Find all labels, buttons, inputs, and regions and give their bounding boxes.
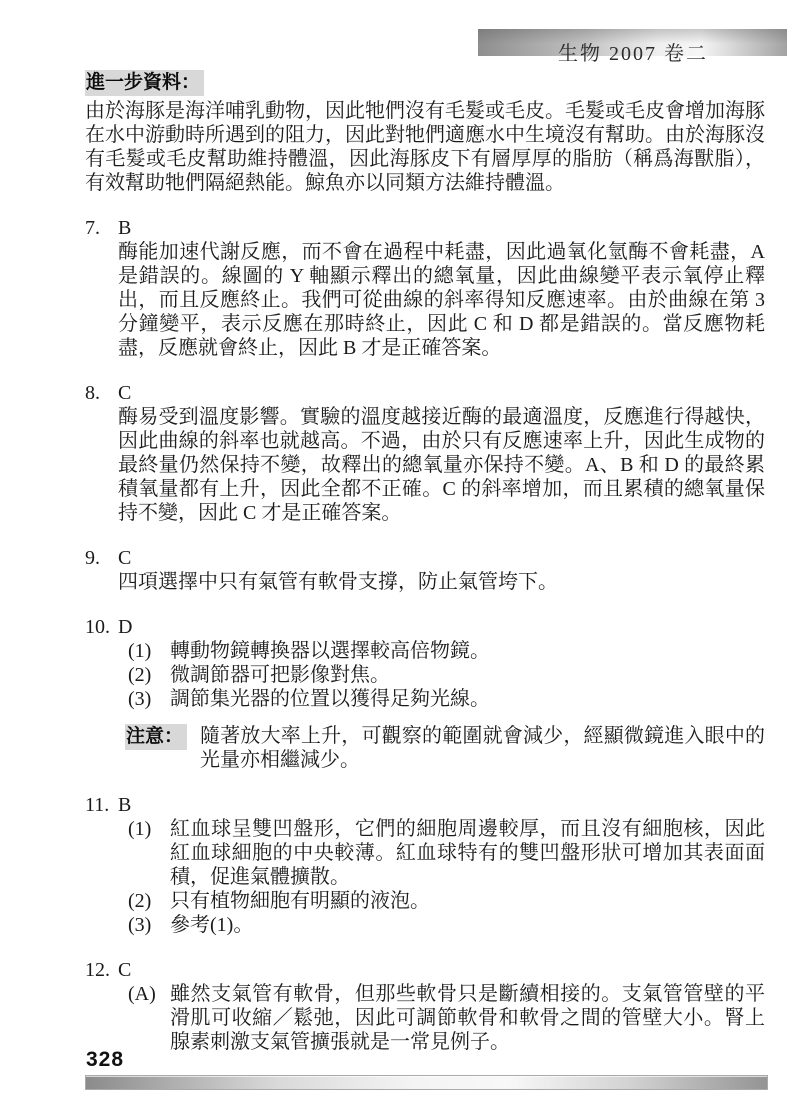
- subitem-label: (2): [128, 889, 170, 913]
- question-body: (1) 紅血球呈雙凹盤形，它們的細胞周邊較厚，而且沒有細胞核，因此紅血球細胞的中…: [118, 817, 765, 937]
- answer-letter: C: [118, 958, 765, 982]
- answer-letter: C: [118, 381, 765, 405]
- note-label: 注意：: [125, 724, 187, 750]
- question-head: 11. B: [85, 793, 765, 817]
- subitem-1: (1) 紅血球呈雙凹盤形，它們的細胞周邊較厚，而且沒有細胞核，因此紅血球細胞的中…: [128, 817, 765, 889]
- subitem-label: (3): [128, 687, 170, 711]
- answer-letter: B: [118, 216, 765, 240]
- answer-letter: C: [118, 546, 765, 570]
- question-number: 9.: [85, 546, 118, 570]
- explanation-text: 四項選擇中只有氣管有軟骨支撐，防止氣管垮下。: [118, 570, 765, 594]
- subitem-text: 轉動物鏡轉換器以選擇較高倍物鏡。: [170, 639, 765, 663]
- subitem-text: 參考(1)。: [170, 913, 765, 937]
- document-page: 生物 2007 卷二 進一步資料： 由於海豚是海洋哺乳動物，因此牠們沒有毛髮或毛…: [0, 0, 787, 1117]
- further-info-section: 進一步資料： 由於海豚是海洋哺乳動物，因此牠們沒有毛髮或毛皮。毛髮或毛皮會增加海…: [85, 70, 765, 195]
- note-box: 注意： 隨著放大率上升，可觀察的範圍就會減少，經顯微鏡進入眼中的光量亦相繼減少。: [125, 724, 765, 772]
- question-head: 7. B: [85, 216, 765, 240]
- subitem-2: (2) 微調節器可把影像對焦。: [128, 663, 765, 687]
- subitem-3: (3) 調節集光器的位置以獲得足夠光線。: [128, 687, 765, 711]
- question-number: 11.: [85, 793, 118, 817]
- subitem-text: 紅血球呈雙凹盤形，它們的細胞周邊較厚，而且沒有細胞核，因此紅血球細胞的中央較薄。…: [170, 817, 765, 889]
- subitem-text: 雖然支氣管有軟骨，但那些軟骨只是斷續相接的。支氣管管壁的平滑肌可收縮／鬆弛，因此…: [170, 982, 765, 1054]
- further-info-text: 由於海豚是海洋哺乳動物，因此牠們沒有毛髮或毛皮。毛髮或毛皮會增加海豚在水中游動時…: [85, 99, 765, 195]
- further-info-label: 進一步資料：: [85, 70, 204, 96]
- question-body: (1) 轉動物鏡轉換器以選擇較高倍物鏡。 (2) 微調節器可把影像對焦。 (3)…: [118, 639, 765, 772]
- question-head: 10. D: [85, 615, 765, 639]
- question-head: 8. C: [85, 381, 765, 405]
- page-number: 328: [86, 1048, 124, 1072]
- subitem-1: (1) 轉動物鏡轉換器以選擇較高倍物鏡。: [128, 639, 765, 663]
- explanation-text: 酶易受到溫度影響。實驗的溫度越接近酶的最適溫度，反應進行得越快，因此曲線的斜率也…: [118, 405, 765, 525]
- subitem-label: (1): [128, 817, 170, 889]
- subitem-label: (1): [128, 639, 170, 663]
- note-label-wrap: 注意：: [125, 724, 187, 750]
- question-body: (A) 雖然支氣管有軟骨，但那些軟骨只是斷續相接的。支氣管管壁的平滑肌可收縮／鬆…: [118, 982, 765, 1054]
- subitem-3: (3) 參考(1)。: [128, 913, 765, 937]
- subitem-label: (2): [128, 663, 170, 687]
- subitem-text: 微調節器可把影像對焦。: [170, 663, 765, 687]
- footer-gradient-bar: [85, 1075, 768, 1090]
- question-number: 7.: [85, 216, 118, 240]
- question-block-10: 10. D (1) 轉動物鏡轉換器以選擇較高倍物鏡。 (2) 微調節器可把影像對…: [85, 615, 765, 772]
- subitem-label: (3): [128, 913, 170, 937]
- question-head: 9. C: [85, 546, 765, 570]
- question-number: 8.: [85, 381, 118, 405]
- subitem-text: 只有植物細胞有明顯的液泡。: [170, 889, 765, 913]
- question-head: 12. C: [85, 958, 765, 982]
- question-block-7: 7. B 酶能加速代謝反應，而不會在過程中耗盡，因此過氧化氫酶不會耗盡，A 是錯…: [85, 216, 765, 360]
- subitem-label: (A): [128, 982, 170, 1054]
- question-number: 10.: [85, 615, 118, 639]
- question-block-9: 9. C 四項選擇中只有氣管有軟骨支撐，防止氣管垮下。: [85, 546, 765, 594]
- subitem-text: 調節集光器的位置以獲得足夠光線。: [170, 687, 765, 711]
- question-block-12: 12. C (A) 雖然支氣管有軟骨，但那些軟骨只是斷續相接的。支氣管管壁的平滑…: [85, 958, 765, 1054]
- question-body: 酶能加速代謝反應，而不會在過程中耗盡，因此過氧化氫酶不會耗盡，A 是錯誤的。線圖…: [118, 240, 765, 360]
- header-title: 生物 2007 卷二: [558, 42, 708, 66]
- subitem-2: (2) 只有植物細胞有明顯的液泡。: [128, 889, 765, 913]
- answer-letter: D: [118, 615, 765, 639]
- answer-sheet-content: 進一步資料： 由於海豚是海洋哺乳動物，因此牠們沒有毛髮或毛皮。毛髮或毛皮會增加海…: [85, 70, 765, 1054]
- question-number: 12.: [85, 958, 118, 982]
- question-block-8: 8. C 酶易受到溫度影響。實驗的溫度越接近酶的最適溫度，反應進行得越快，因此曲…: [85, 381, 765, 525]
- answer-letter: B: [118, 793, 765, 817]
- explanation-text: 酶能加速代謝反應，而不會在過程中耗盡，因此過氧化氫酶不會耗盡，A 是錯誤的。線圖…: [118, 240, 765, 360]
- note-text: 隨著放大率上升，可觀察的範圍就會減少，經顯微鏡進入眼中的光量亦相繼減少。: [200, 724, 765, 772]
- question-block-11: 11. B (1) 紅血球呈雙凹盤形，它們的細胞周邊較厚，而且沒有細胞核，因此紅…: [85, 793, 765, 937]
- question-body: 酶易受到溫度影響。實驗的溫度越接近酶的最適溫度，反應進行得越快，因此曲線的斜率也…: [118, 405, 765, 525]
- question-body: 四項選擇中只有氣管有軟骨支撐，防止氣管垮下。: [118, 570, 765, 594]
- subitem-A: (A) 雖然支氣管有軟骨，但那些軟骨只是斷續相接的。支氣管管壁的平滑肌可收縮／鬆…: [128, 982, 765, 1054]
